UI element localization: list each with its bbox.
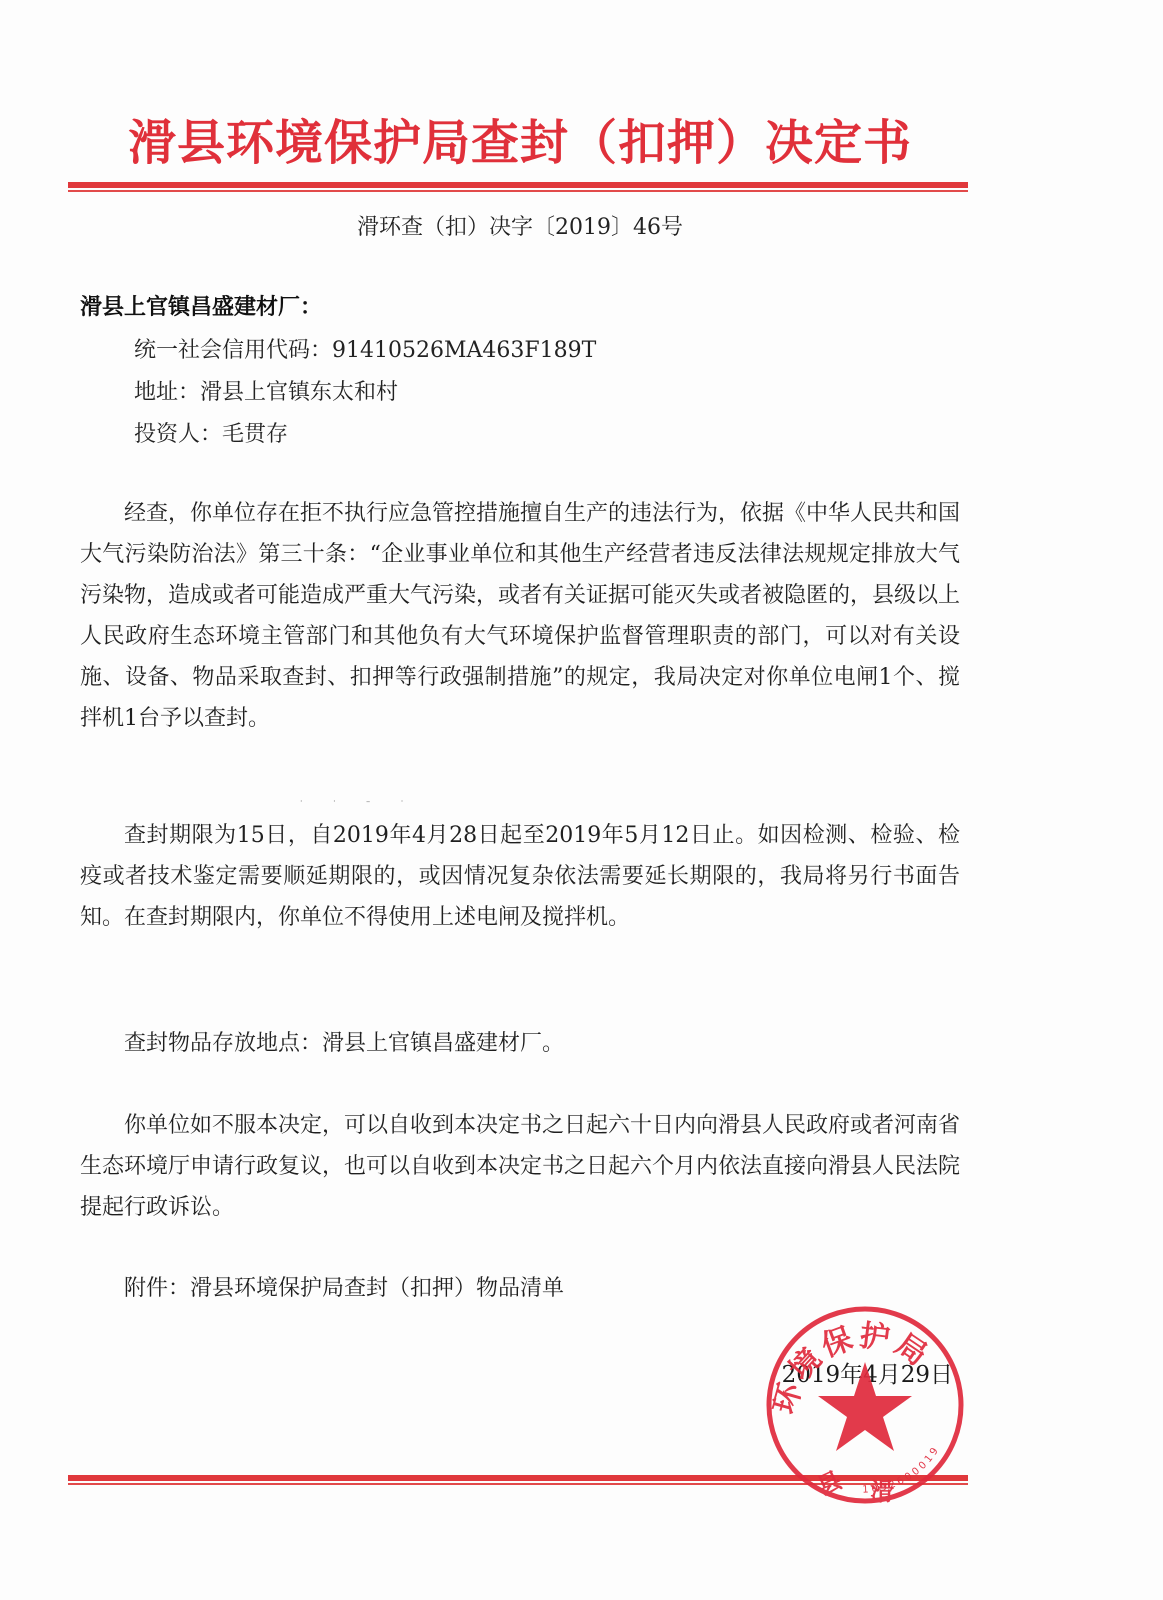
recipient-name: 滑县上官镇昌盛建材厂： — [80, 290, 322, 321]
paragraph-violation: 经查，你单位存在拒不执行应急管控措施擅自生产的违法行为，依据《中华人民共和国大气… — [80, 493, 960, 739]
svg-text:滑: 滑 — [870, 1478, 895, 1506]
paragraph-appeal-rights: 你单位如不服本决定，可以自收到本决定书之日起六十日内向滑县人民政府或者河南省生态… — [80, 1105, 960, 1228]
header-divider — [68, 182, 968, 192]
investor: 投资人：毛贯存 — [134, 417, 288, 448]
scan-specks: · · – · — [300, 797, 417, 806]
paragraph-storage-location: 查封物品存放地点：滑县上官镇昌盛建材厂。 — [80, 1023, 960, 1064]
paragraph-seal-period: 查封期限为15日，自2019年4月28日起至2019年5月12日止。如因检测、检… — [80, 815, 960, 938]
official-seal: 环境保护局 1052600019 县 滑 — [760, 1300, 970, 1510]
star-icon — [818, 1362, 912, 1451]
address: 地址：滑县上官镇东太和村 — [134, 375, 398, 406]
document-title: 滑县环境保护局查封（扣押）决定书 — [60, 104, 980, 173]
credit-code: 统一社会信用代码：91410526MA463F189T — [134, 333, 596, 364]
document-number: 滑环查（扣）决字〔2019〕46号 — [0, 210, 1040, 241]
document-page: 滑县环境保护局查封（扣押）决定书 滑环查（扣）决字〔2019〕46号 滑县上官镇… — [0, 0, 1163, 1600]
